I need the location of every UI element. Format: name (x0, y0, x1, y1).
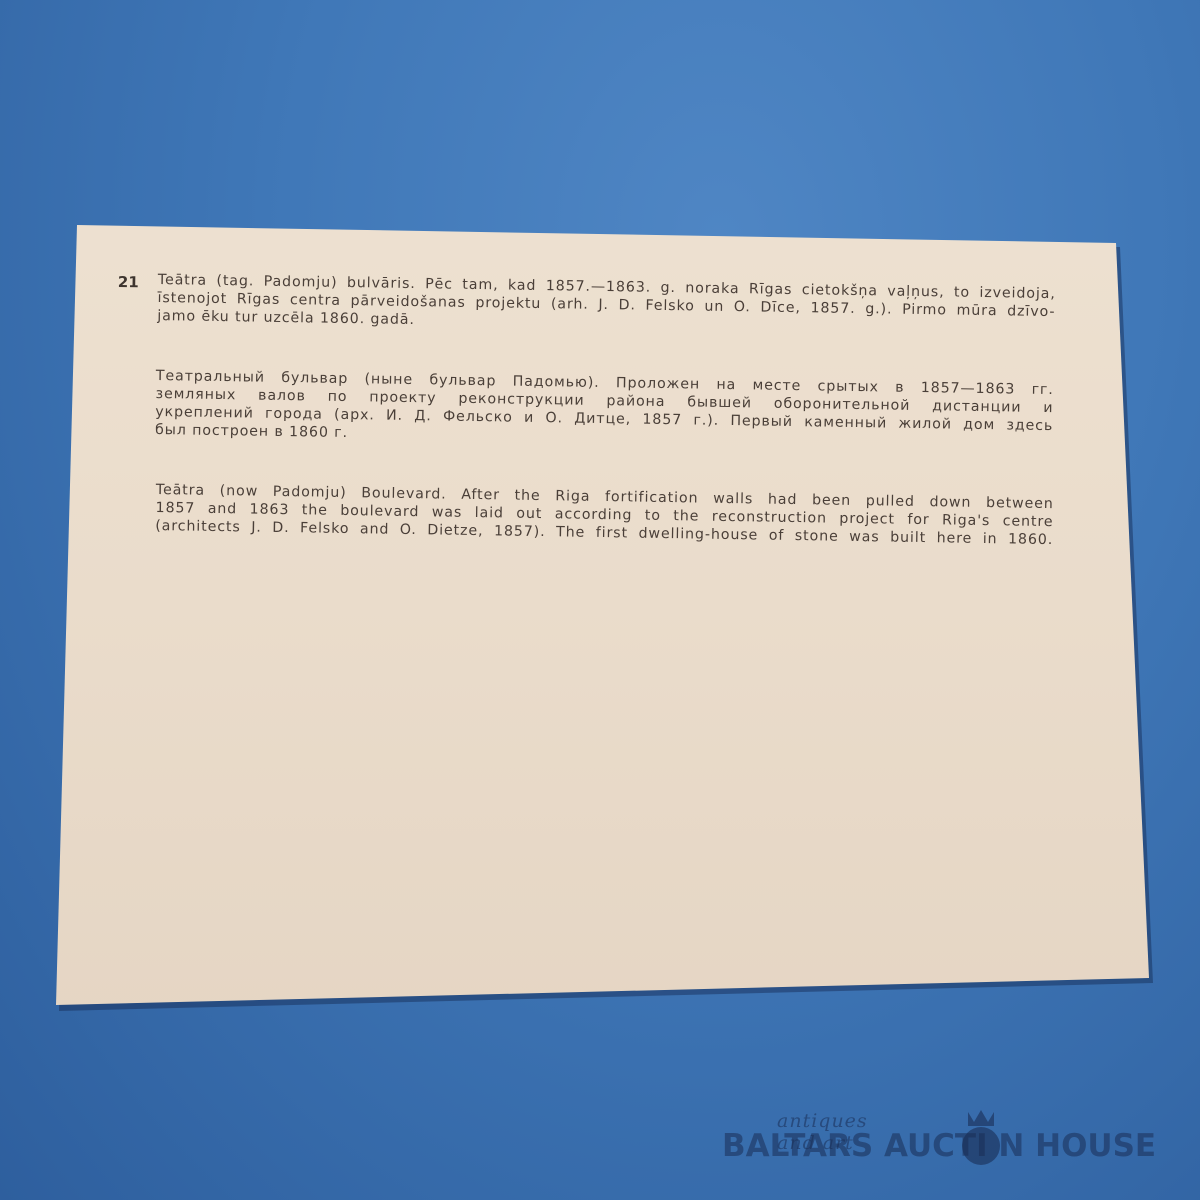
russian-caption: Театральный бульвар (ныне бульвар Падомь… (155, 367, 1054, 453)
watermark-name: BALTARS AUCTI N HOUSE (722, 1128, 1156, 1164)
crown-globe-icon (954, 1108, 1008, 1168)
card-number: 21 (118, 273, 139, 291)
postcard-back (0, 0, 1200, 1200)
